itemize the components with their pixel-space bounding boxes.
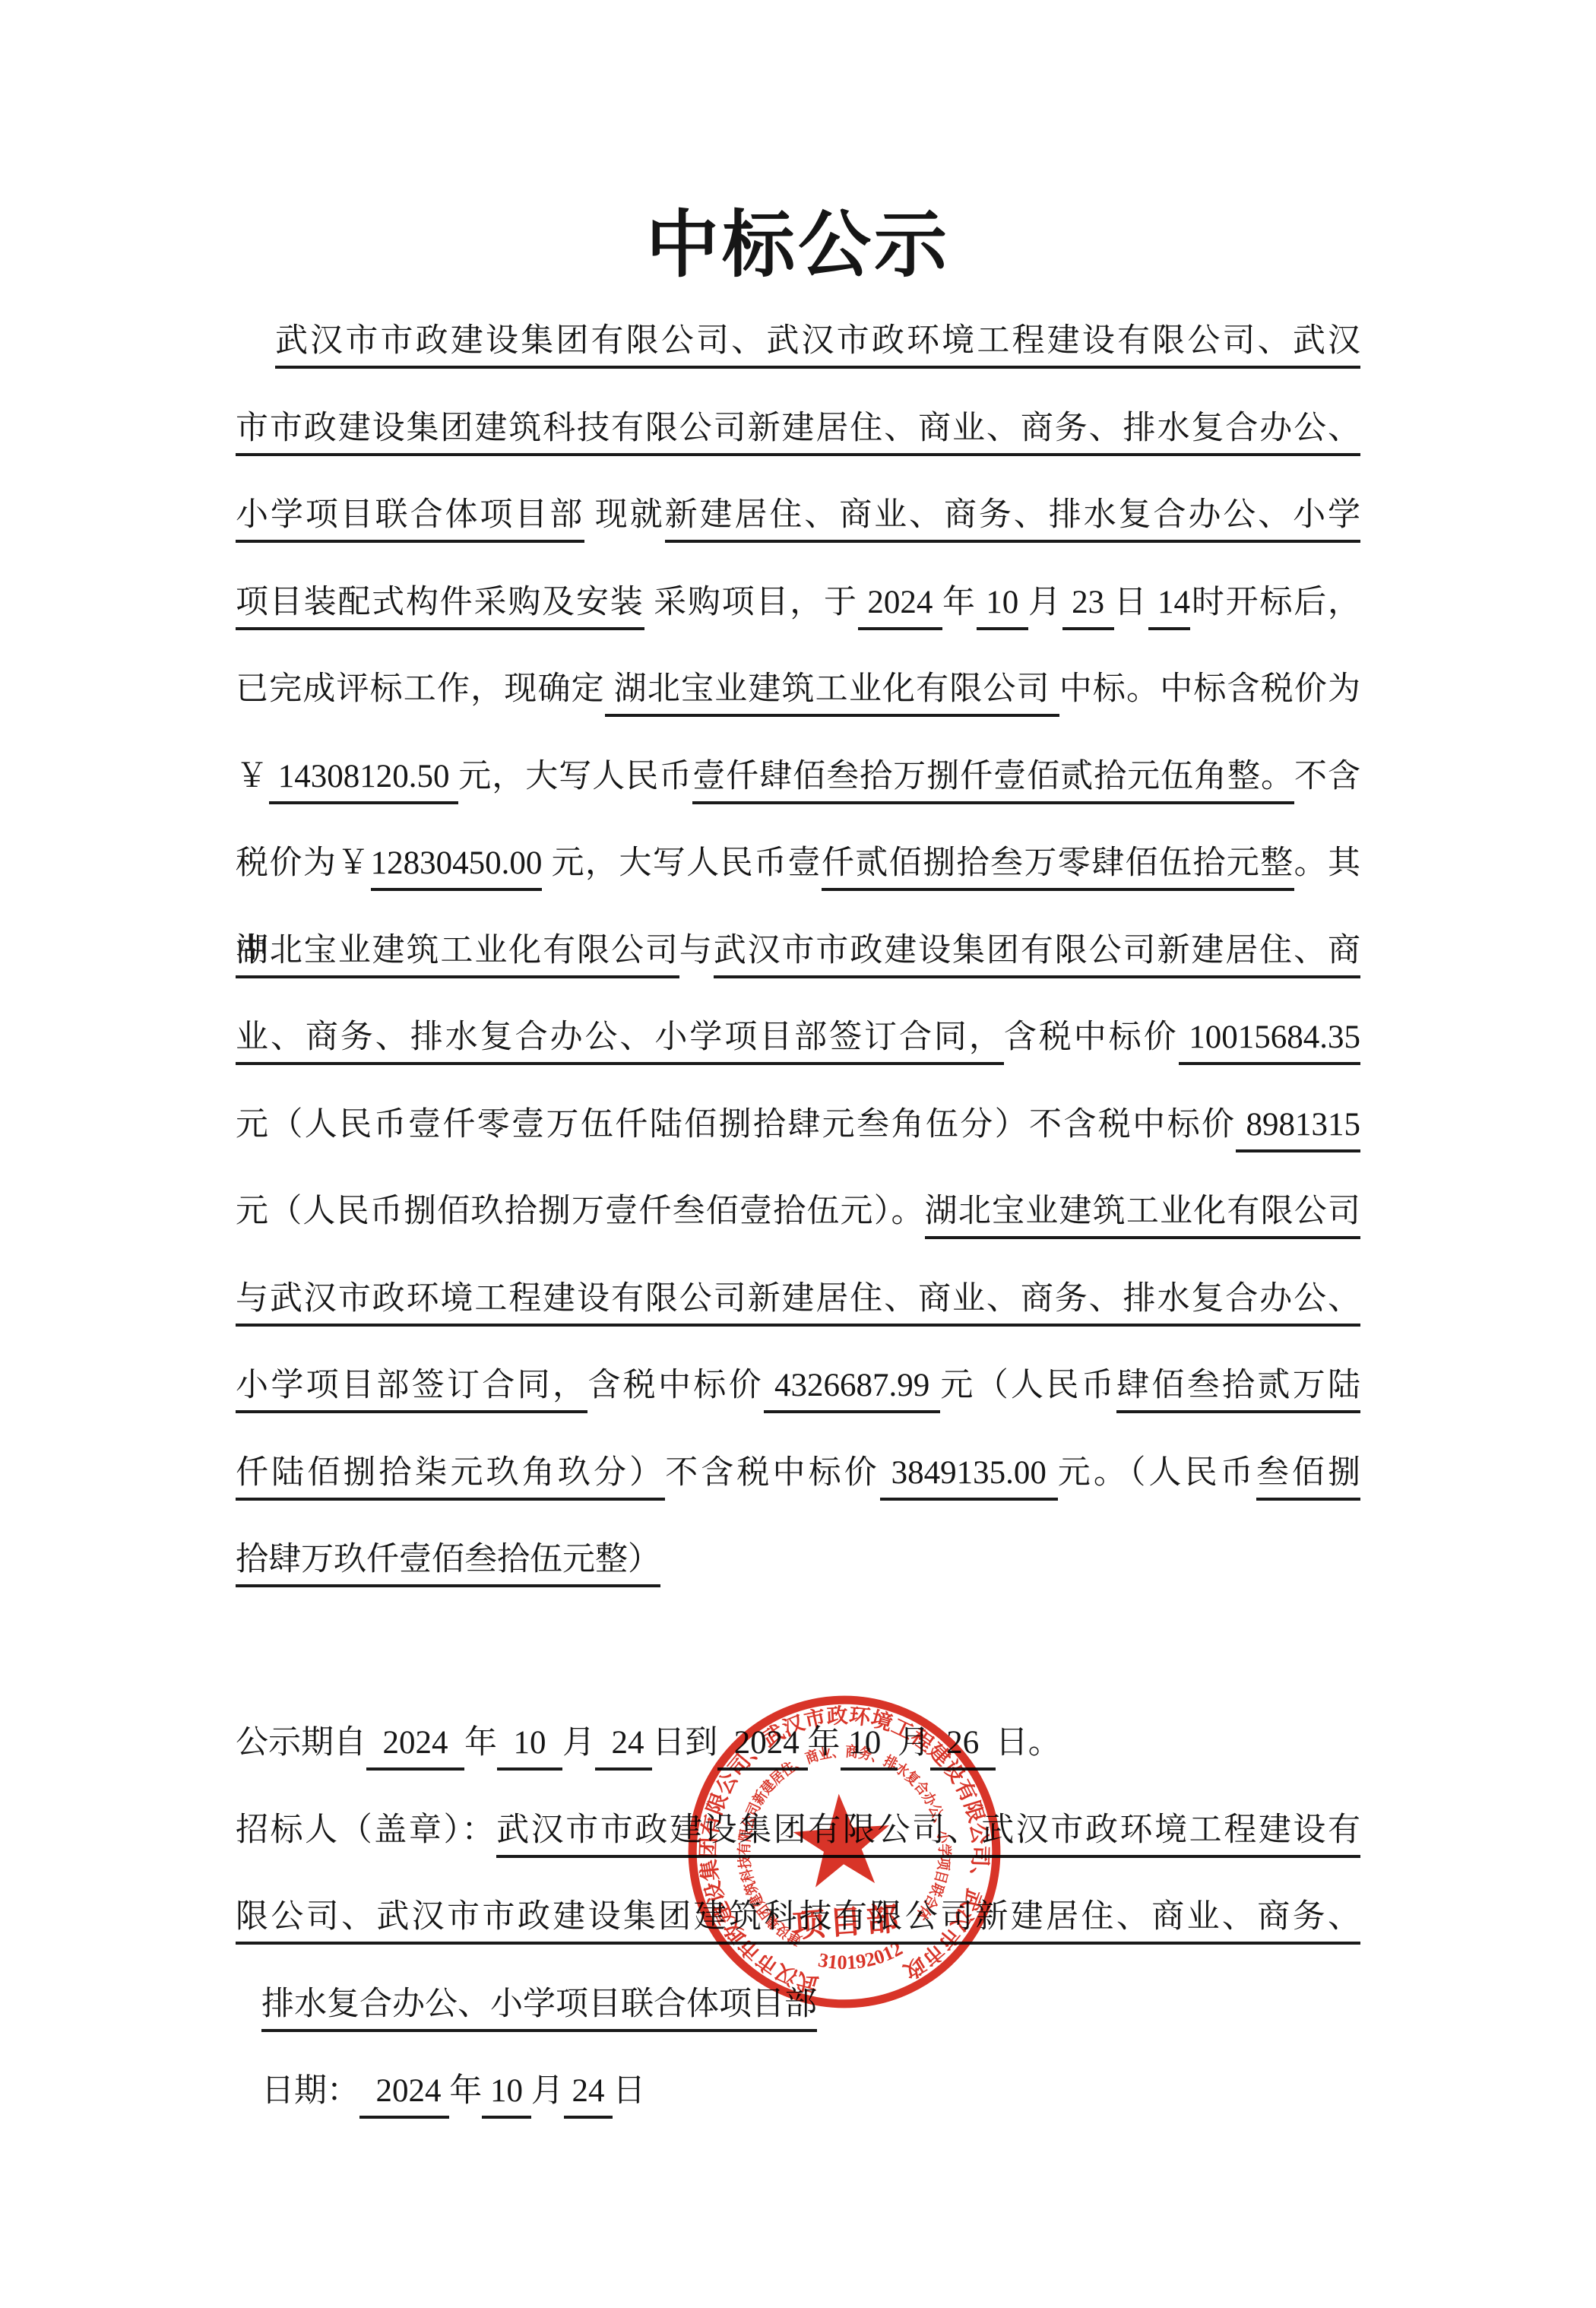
text-segment: 已完成评标工作，现确定 bbox=[236, 671, 605, 707]
underlined-segment: 湖北宝业建筑工业化有限公司 bbox=[605, 671, 1059, 717]
underlined-segment: 拾肆万玖仟壹佰叁拾伍元整） bbox=[236, 1542, 660, 1587]
text-segment: 元（人民币 bbox=[940, 1368, 1116, 1403]
text-line: 湖北宝业建筑工业化有限公司与武汉市市政建设集团有限公司新建居住、商 bbox=[236, 908, 1360, 995]
text-segment: ￥ bbox=[236, 759, 269, 794]
text-segment: 税价为￥ bbox=[236, 845, 371, 881]
text-line: 小学项目部签订合同，含税中标价 4326687.99 元（人民币肆佰叁拾贰万陆 bbox=[236, 1343, 1360, 1430]
underlined-segment: 8981315 bbox=[1236, 1107, 1360, 1152]
text-segment: 采购项目，于 bbox=[644, 585, 858, 620]
text-segment: 现就 bbox=[584, 497, 665, 533]
seal-serial-number: 310192012 bbox=[815, 1937, 907, 1976]
underlined-segment: 3849135.00 bbox=[880, 1455, 1058, 1501]
text-line: 拾肆万玖仟壹佰叁拾伍元整） bbox=[236, 1517, 1360, 1604]
official-seal-stamp: 武汉市市政建设集团有限公司、武汉市政环境工程建设有限公司、武汉市市政 建设集团建… bbox=[667, 1675, 1021, 2028]
underlined-segment: 10 bbox=[497, 1725, 562, 1771]
underlined-segment: 武汉市市政建设集团有限公司新建居住、商 bbox=[714, 933, 1360, 978]
text-segment: 元（人民币壹仟零壹万伍仟陆佰捌拾肆元叁角伍分）不含税中标价 bbox=[236, 1107, 1236, 1143]
text-segment: 日 bbox=[613, 2073, 645, 2109]
underlined-segment: 23 bbox=[1062, 585, 1114, 630]
text-segment: 元（人民币捌佰玖拾捌万壹仟叁佰壹拾伍元）。 bbox=[236, 1194, 925, 1229]
underlined-segment: 2024 bbox=[366, 1725, 464, 1771]
text-segment: 月 bbox=[531, 2073, 564, 2109]
text-segment: 招标人（盖章）： bbox=[236, 1812, 496, 1848]
text-line: 武汉市市政建设集团有限公司、武汉市政环境工程建设有限公司、武汉 bbox=[236, 298, 1360, 385]
underlined-segment: 小学项目部签订合同， bbox=[236, 1368, 587, 1413]
underlined-segment: 14308120.50 bbox=[269, 759, 458, 804]
underlined-segment: 小学项目联合体项目部 bbox=[236, 497, 584, 543]
text-segment: 日。 bbox=[996, 1725, 1061, 1761]
underlined-segment: 市市政建设集团建筑科技有限公司新建居住、商业、商务、排水复合办公、 bbox=[236, 411, 1360, 456]
document-page: 中标公示 武汉市市政建设集团有限公司、武汉市政环境工程建设有限公司、武汉市市政建… bbox=[0, 0, 1596, 2308]
underlined-segment: 与武汉市政环境工程建设有限公司新建居住、商业、商务、排水复合办公、 bbox=[236, 1281, 1360, 1327]
text-line: 市市政建设集团建筑科技有限公司新建居住、商业、商务、排水复合办公、 bbox=[236, 385, 1360, 473]
underlined-segment: 10015684.35 bbox=[1179, 1019, 1360, 1065]
text-line: 业、商务、排水复合办公、小学项目部签订合同，含税中标价 10015684.35 bbox=[236, 994, 1360, 1082]
underlined-segment: 2024 bbox=[359, 2073, 449, 2119]
text-segment: 中标。中标含税价为 bbox=[1059, 671, 1360, 707]
text-segment: 不含税中标价 bbox=[665, 1455, 880, 1491]
text-segment: 元，大写人民币 bbox=[458, 759, 692, 794]
text-line: 小学项目联合体项目部 现就新建居住、商业、商务、排水复合办公、小学 bbox=[236, 472, 1360, 560]
text-line: 仟陆佰捌拾柒元玖角玖分）不含税中标价 3849135.00 元。（人民币叁佰捌 bbox=[236, 1430, 1360, 1517]
text-segment: 元，大写人民币壹 bbox=[542, 845, 821, 881]
underlined-segment: 14 bbox=[1148, 585, 1191, 630]
star-icon bbox=[790, 1790, 893, 1888]
text-segment: 月 bbox=[1028, 585, 1062, 620]
text-segment: 时开标后， bbox=[1190, 585, 1360, 620]
text-segment: 含税中标价 bbox=[1004, 1019, 1179, 1055]
underlined-segment: 武汉市市政建设集团有限公司、武汉市政环境工程建设有限公司、武汉 bbox=[275, 323, 1360, 369]
text-segment: 年 bbox=[942, 585, 977, 620]
underlined-segment: 湖北宝业建筑工业化有限公司 bbox=[925, 1194, 1360, 1239]
underlined-segment: 新建居住、商业、商务、排水复合办公、小学 bbox=[665, 497, 1360, 543]
underlined-segment: 壹仟肆佰叁拾万捌仟壹佰贰拾元伍角整。 bbox=[692, 759, 1294, 804]
underlined-segment: 12830450.00 bbox=[371, 845, 543, 891]
underlined-segment: 24 bbox=[595, 1725, 652, 1771]
text-line: 日期： 2024 年 10 月 24 日 bbox=[236, 2048, 1360, 2135]
text-line: 元（人民币捌佰玖拾捌万壹仟叁佰壹拾伍元）。湖北宝业建筑工业化有限公司 bbox=[236, 1168, 1360, 1256]
text-line: 元（人民币壹仟零壹万伍仟陆佰捌拾肆元叁角伍分）不含税中标价 8981315 bbox=[236, 1082, 1360, 1169]
seal-center-label: 项目部 bbox=[791, 1901, 904, 1945]
underlined-segment: 业、商务、排水复合办公、小学项目部签订合同， bbox=[236, 1019, 1004, 1065]
underlined-segment: 仟贰佰捌拾叁万零肆佰伍拾元整 bbox=[822, 845, 1294, 891]
text-line: 已完成评标工作，现确定 湖北宝业建筑工业化有限公司 中标。中标含税价为 bbox=[236, 646, 1360, 734]
underlined-segment: 10 bbox=[482, 2073, 531, 2119]
text-segment: 不含 bbox=[1294, 759, 1360, 794]
underlined-segment: 湖北宝业建筑工业化有限公司 bbox=[236, 933, 679, 978]
underlined-segment: 仟陆佰捌拾柒元玖角玖分） bbox=[236, 1455, 665, 1501]
underlined-segment: 叁佰捌 bbox=[1256, 1455, 1360, 1501]
text-segment: 日 bbox=[1114, 585, 1148, 620]
text-line: ￥ 14308120.50 元，大写人民币壹仟肆佰叁拾万捌仟壹佰贰拾元伍角整。不… bbox=[236, 734, 1360, 821]
underlined-segment: 2024 bbox=[858, 585, 942, 630]
announcement-body: 武汉市市政建设集团有限公司、武汉市政环境工程建设有限公司、武汉市市政建设集团建筑… bbox=[236, 298, 1360, 1604]
underlined-segment: 10 bbox=[977, 585, 1028, 630]
underlined-segment: 肆佰叁拾贰万陆 bbox=[1116, 1368, 1360, 1413]
text-segment: 年 bbox=[464, 1725, 497, 1761]
underlined-segment: 项目装配式构件采购及安装 bbox=[236, 585, 644, 630]
text-line: 税价为￥12830450.00 元，大写人民币壹仟贰佰捌拾叁万零肆佰伍拾元整。其… bbox=[236, 820, 1360, 908]
underlined-segment: 24 bbox=[564, 2073, 613, 2119]
text-line: 与武汉市政环境工程建设有限公司新建居住、商业、商务、排水复合办公、 bbox=[236, 1256, 1360, 1343]
text-segment: 元。（人民币 bbox=[1058, 1455, 1256, 1491]
text-segment: 月 bbox=[562, 1725, 595, 1761]
text-segment: 公示期自 bbox=[236, 1725, 366, 1761]
text-segment: 与 bbox=[679, 933, 714, 969]
text-segment: 年 bbox=[449, 2073, 482, 2109]
page-title: 中标公示 bbox=[0, 187, 1596, 291]
underlined-segment: 4326687.99 bbox=[764, 1368, 940, 1413]
text-segment: 日期： bbox=[261, 2073, 359, 2109]
text-segment: 含税中标价 bbox=[587, 1368, 764, 1403]
text-line: 项目装配式构件采购及安装 采购项目，于 2024 年 10 月 23 日 14时… bbox=[236, 560, 1360, 647]
